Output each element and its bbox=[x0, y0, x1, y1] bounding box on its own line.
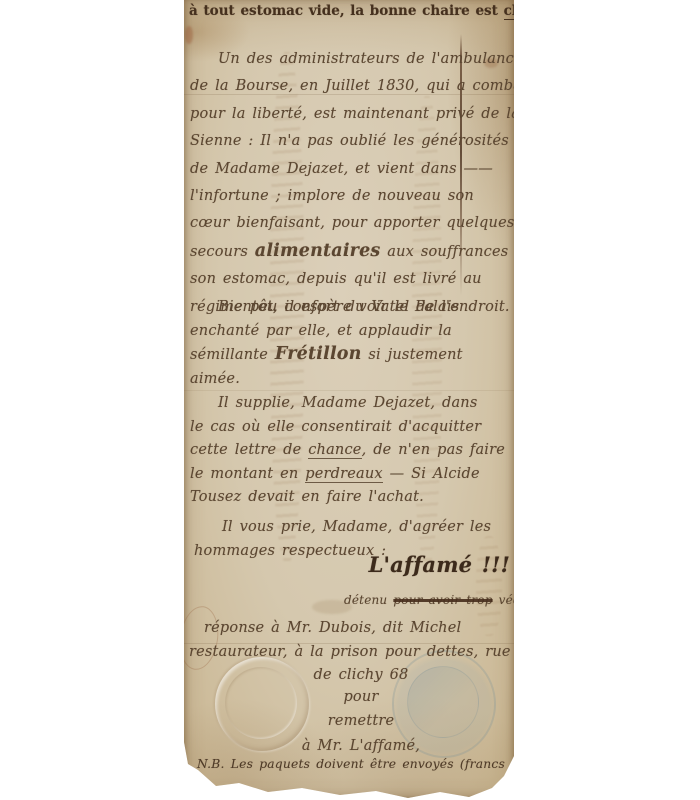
underlined-word-chance: chance bbox=[308, 442, 361, 459]
letter-line: de la Bourse, en Juillet 1830, qui a com… bbox=[190, 73, 512, 100]
letter-line: l'infortune ; implore de nouveau son bbox=[190, 183, 512, 210]
letter-line: Bientôt, il espère voir le Palais bbox=[190, 296, 512, 320]
line-text: vécu. bbox=[493, 593, 514, 607]
letter-line: Tousez devait en faire l'achat. bbox=[190, 486, 512, 510]
address-line: remettre bbox=[196, 708, 514, 734]
letter-line: enchanté par elle, et applaudir la bbox=[190, 320, 512, 344]
line-text: — Si Alcide bbox=[383, 466, 480, 482]
letter-line: le montant en perdreaux — Si Alcide bbox=[190, 463, 512, 487]
line-text: sémillante bbox=[190, 347, 275, 363]
letter-line: Il vous prie, Madame, d'agréer les bbox=[194, 516, 514, 540]
rust-stain bbox=[185, 26, 193, 44]
address-block: réponse à Mr. Dubois, dit Michel restaur… bbox=[184, 616, 514, 758]
letter-line: pour la liberté, est maintenant privé de… bbox=[190, 101, 512, 128]
line-text: si justement bbox=[362, 347, 463, 363]
letter-paper: à tout estomac vide, la bonne chaire est… bbox=[184, 0, 514, 800]
line-text: , de n'en pas faire bbox=[362, 442, 505, 458]
letter-line: cette lettre de chance, de n'en pas fair… bbox=[190, 439, 512, 463]
letter-line: son estomac, depuis qu'il est livré au bbox=[190, 266, 512, 293]
paragraph-1: Un des administrateurs de l'ambulance de… bbox=[190, 46, 512, 321]
struck-through-words: pour avoir trop bbox=[393, 593, 492, 607]
headline-text: à tout estomac vide, la bonne chaire est bbox=[189, 3, 504, 19]
paragraph-2: Bientôt, il espère voir le Palais enchan… bbox=[190, 296, 512, 391]
line-text: le montant en bbox=[190, 466, 305, 482]
letter-line: cœur bienfaisant, pour apporter quelques bbox=[190, 210, 512, 237]
letter-line: Sienne : Il n'a pas oublié les générosit… bbox=[190, 128, 512, 155]
nota-bene-line: N.B. Les paquets doivent être envoyés (f… bbox=[197, 757, 514, 771]
letter-line: Il supplie, Madame Dejazet, dans bbox=[190, 392, 512, 416]
letter-line: de Madame Dejazet, et vient dans —— bbox=[190, 156, 512, 183]
address-line: de clichy 68 bbox=[196, 664, 514, 686]
letter-line: Un des administrateurs de l'ambulance bbox=[190, 46, 512, 73]
address-line: restaurateur, à la prison pour dettes, r… bbox=[184, 640, 514, 664]
detenu-note: détenu pour avoir trop vécu. bbox=[344, 593, 510, 607]
letter-line: aimée. bbox=[190, 368, 512, 392]
underlined-word-perdreaux: perdreaux bbox=[305, 466, 383, 483]
line-text: aux souffrances qu'endure bbox=[380, 244, 514, 260]
letter-headline: à tout estomac vide, la bonne chaire est… bbox=[189, 3, 511, 19]
letter-line: sémillante Frétillon si justement bbox=[190, 343, 512, 368]
line-text: détenu bbox=[344, 593, 393, 607]
signature-laffame: L'affamé !!! bbox=[314, 552, 510, 577]
address-line: à Mr. L'affamé, bbox=[196, 734, 514, 758]
scan-background: à tout estomac vide, la bonne chaire est… bbox=[0, 0, 700, 800]
paragraph-3: Il supplie, Madame Dejazet, dans le cas … bbox=[190, 392, 512, 510]
headline-underlined-word: chère bbox=[504, 3, 514, 20]
line-text: secours bbox=[190, 244, 255, 260]
emphasized-word-fretillon: Frétillon bbox=[275, 344, 362, 364]
emphasized-word-alimentaires: alimentaires bbox=[255, 241, 381, 261]
line-text: cette lettre de bbox=[190, 442, 308, 458]
letter-line: le cas où elle consentirait d'acquitter bbox=[190, 416, 512, 440]
address-line: réponse à Mr. Dubois, dit Michel bbox=[184, 616, 514, 640]
address-line: pour bbox=[196, 686, 514, 708]
letter-line: secours alimentaires aux souffrances qu'… bbox=[190, 238, 512, 266]
